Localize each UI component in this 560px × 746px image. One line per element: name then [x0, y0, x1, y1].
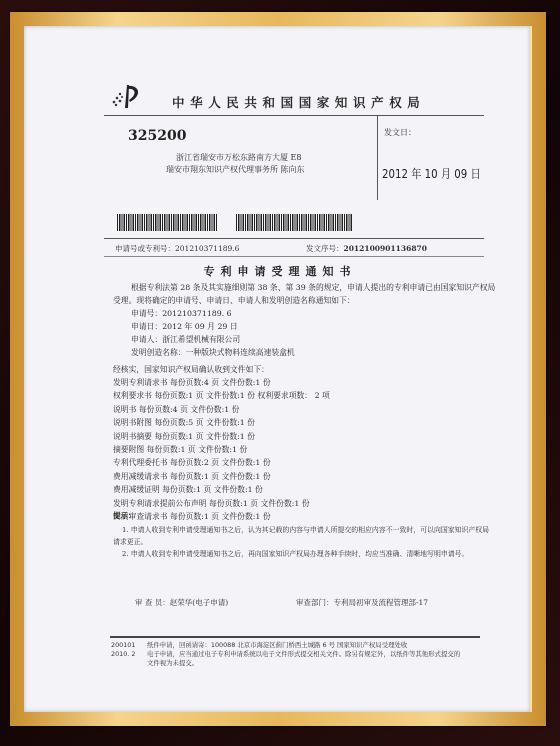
notice-title: 专利申请受理通知书	[0, 263, 560, 279]
footer-electronic-instruction-cont: 文件视为未提交。	[147, 659, 198, 668]
serial-number: 2012100901136870	[344, 244, 428, 253]
document-item: 说明书 每份页数:4 页 文件份数:1 份	[113, 403, 330, 416]
field-application-date: 申请日：2012 年 09 月 29 日	[131, 320, 238, 333]
examiner-name: 赵荣华(电子申请)	[170, 598, 228, 607]
field-invention-title: 发明创造名称：一种版块式物料连续高速装盒机	[131, 346, 295, 359]
document-item: 发明专利请求提前公布声明 每份页数:1 页 文件份数:1 份	[113, 497, 330, 510]
document-item: 说明书摘要 每份页数:1 页 文件份数:1 份	[113, 430, 330, 443]
tip-1-line-2: 请求更正。	[113, 536, 147, 546]
recipient-agency: 瑞安市翔东知识产权代理事务所 陈向东	[166, 164, 305, 175]
ids-bottom-rule	[104, 256, 484, 257]
field-applicant: 申请人：浙江希望机械有限公司	[131, 333, 240, 346]
document-item: 实质审查请求书 每份页数:1 页 文件份数:1 份	[113, 510, 330, 523]
field-application-number: 申请号：201210371189. 6	[131, 307, 232, 320]
document-item: 费用减缓请求书 每份页数:1 页 文件份数:1 份	[113, 470, 330, 483]
barcode-2	[236, 214, 352, 231]
document-item: 权利要求书 每份页数:1 页 文件份数:1 份 权利要求项数： 2 项	[113, 389, 330, 402]
document-list: 发明专利请求书 每份页数:4 页 文件份数:1 份 权利要求书 每份页数:1 页…	[113, 376, 330, 523]
document-item: 发明专利请求书 每份页数:4 页 文件份数:1 份	[113, 376, 330, 389]
intro-line-1: 根据专利法第 28 条及其实施细则第 38 条、第 39 条的规定，申请人提出的…	[131, 281, 495, 294]
office-name: 中华人民共和国国家知识产权局	[172, 93, 425, 111]
tip-1-line-1: 1. 申请人收到专利申请受理通知书之后，认为其记载的内容与申请人所提交的相应内容…	[122, 524, 489, 534]
postcode: 325200	[128, 128, 186, 144]
header-divider	[377, 116, 378, 200]
ids-top-rule	[104, 238, 484, 239]
form-version: 2010. 2	[111, 650, 135, 659]
examiner-label: 审 查 员：	[135, 598, 170, 607]
department-name: 专利局初审及流程管理部-17	[334, 598, 429, 607]
sipo-logo-icon	[110, 80, 144, 110]
document-paper	[24, 26, 530, 712]
footer-rule	[110, 636, 480, 638]
received-heading: 经核实，国家知识产权局确认收到文件如下：	[113, 363, 269, 376]
footer-mail-instruction: 纸件申请，回函请寄：100088 北京市海淀区蓟门桥西土城路 6 号 国家知识产…	[147, 641, 407, 650]
serial-number-label: 发文序号：	[306, 244, 344, 253]
document-item: 摘要附图 每份页数:1 页 文件份数:1 份	[113, 443, 330, 456]
form-code: 200101	[111, 641, 135, 650]
recipient-address: 浙江省瑞安市万松东路南方大厦 E8	[176, 152, 301, 163]
tip-2: 2. 申请人收到专利申请受理通知书之后，再向国家知识产权局办理各种手续时，均应当…	[122, 548, 468, 558]
tips-heading: 提示：	[113, 510, 136, 521]
department-label: 审查部门：	[296, 598, 334, 607]
document-item: 费用减缓证明 每份页数:1 页 文件份数:1 份	[113, 483, 330, 496]
send-date-value: 2012 年 10 月 09 日	[382, 165, 481, 182]
document-item: 说明书附图 每份页数:5 页 文件份数:1 份	[113, 416, 330, 429]
footer-electronic-instruction: 电子申请，应当通过电子专利申请系统以电子文件形式提交相关文件。除另有规定外，以纸…	[147, 650, 460, 659]
header-rule	[104, 115, 484, 116]
send-date-label: 发文日：	[384, 127, 416, 138]
application-number: 201210371189.6	[175, 244, 239, 253]
intro-line-2: 受理。现将确定的申请号、申请日、申请人和发明创造名称通知如下：	[113, 294, 355, 307]
document-item: 专利代理委托书 每份页数:2 页 文件份数:1 份	[113, 456, 330, 469]
barcode-1	[117, 214, 217, 231]
application-number-label: 申请号或专利号：	[115, 244, 175, 253]
